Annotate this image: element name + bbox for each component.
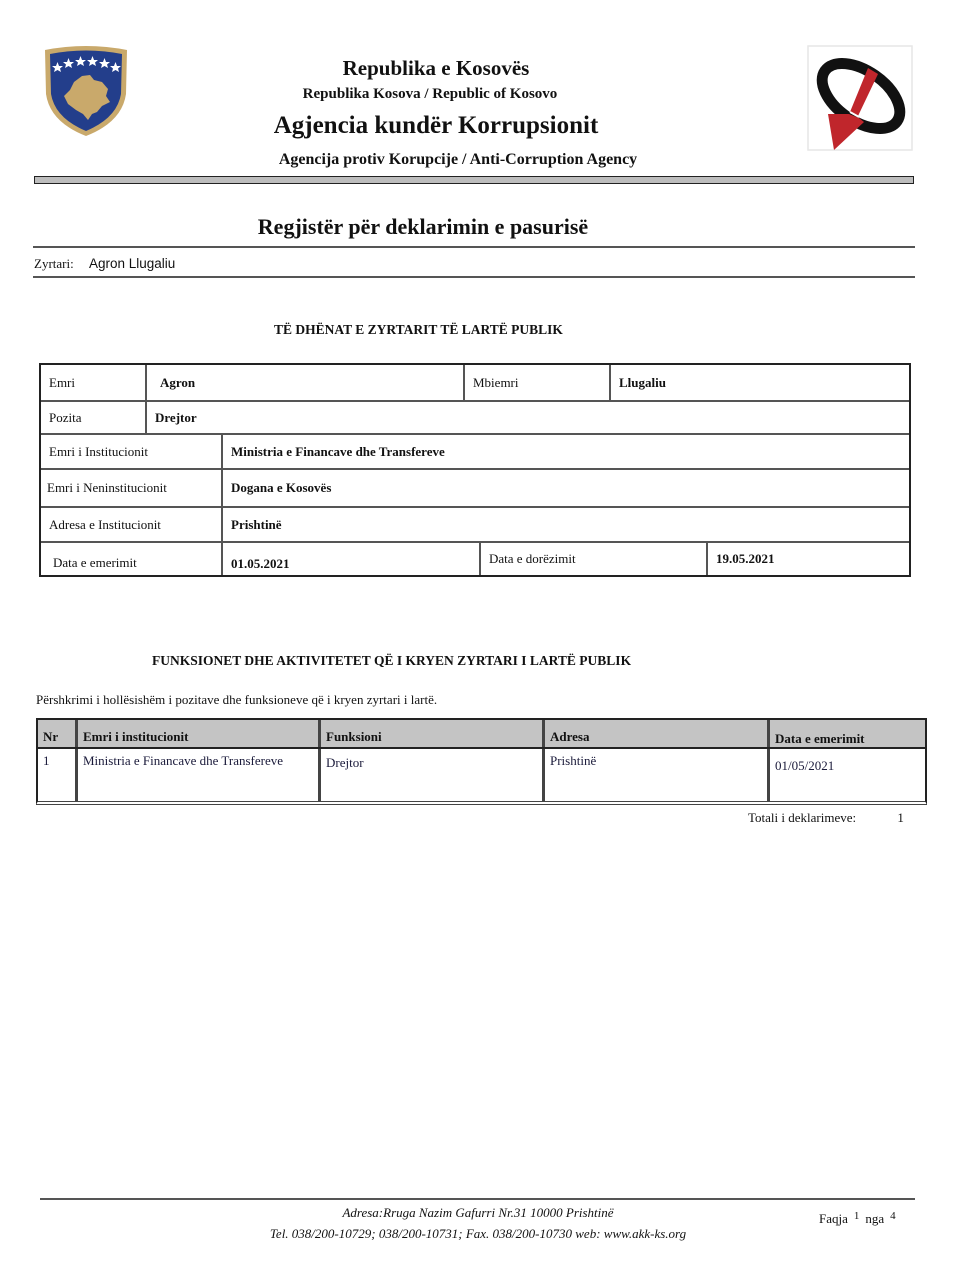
document-title: Regjistër për deklarimin e pasurisë bbox=[0, 214, 846, 240]
col-appointment-date: Data e emerimit bbox=[767, 720, 925, 747]
row-address: Adresa e Institucionit Prishtinë bbox=[41, 506, 909, 541]
header-agency-albanian: Agjencia kundër Korrupsionit bbox=[0, 112, 872, 140]
total-declarations: Totali i deklarimeve: 1 bbox=[748, 810, 904, 826]
official-data-table: Emri Agron Mbiemri Llugaliu Pozita Drejt… bbox=[39, 363, 911, 577]
page-current: 1 bbox=[854, 1210, 860, 1222]
adresa-value: Prishtinë bbox=[221, 508, 909, 541]
page-of-label: nga bbox=[865, 1211, 884, 1226]
neninstitucioni-label: Emri i Neninstitucionit bbox=[41, 470, 221, 506]
functions-table: Nr Emri i institucionit Funksioni Adresa… bbox=[36, 718, 927, 805]
table-row: 1 Ministria e Financave dhe Transfereve … bbox=[38, 749, 925, 801]
col-institution: Emri i institucionit bbox=[75, 720, 318, 747]
total-label: Totali i deklarimeve: bbox=[748, 810, 856, 825]
row-dates: Data e emerimit 01.05.2021 Data e dorëzi… bbox=[41, 541, 909, 575]
institucioni-value: Ministria e Financave dhe Transfereve bbox=[221, 435, 909, 468]
page-total: 4 bbox=[890, 1210, 896, 1222]
footer-divider bbox=[40, 1198, 915, 1200]
pozita-value: Drejtor bbox=[145, 402, 909, 433]
cell-nr: 1 bbox=[38, 749, 75, 801]
row-position: Pozita Drejtor bbox=[41, 400, 909, 433]
header-divider bbox=[34, 176, 914, 184]
cell-appointment-date: 01/05/2021 bbox=[767, 749, 925, 801]
official-label: Zyrtari: bbox=[34, 256, 74, 271]
page-number: Faqja1nga4 bbox=[819, 1210, 902, 1227]
data-dorezimit-label: Data e dorëzimit bbox=[479, 543, 706, 575]
col-nr: Nr bbox=[38, 720, 75, 747]
official-name: Agron Llugaliu bbox=[89, 256, 175, 271]
total-value: 1 bbox=[897, 810, 904, 825]
col-address: Adresa bbox=[542, 720, 767, 747]
cell-institution: Ministria e Financave dhe Transfereve bbox=[75, 749, 318, 801]
data-dorezimit-value: 19.05.2021 bbox=[706, 543, 909, 575]
functions-description: Përshkrimi i hollësishëm i pozitave dhe … bbox=[36, 692, 437, 708]
row-subinstitution: Emri i Neninstitucionit Dogana e Kosovës bbox=[41, 468, 909, 506]
neninstitucioni-value: Dogana e Kosovës bbox=[221, 470, 909, 506]
data-emerimit-label: Data e emerimit bbox=[41, 543, 221, 575]
header-agency-serbian-english: Agencija protiv Korupcije / Anti-Corrupt… bbox=[0, 151, 916, 169]
row-institution: Emri i Institucionit Ministria e Financa… bbox=[41, 433, 909, 468]
functions-table-header: Nr Emri i institucionit Funksioni Adresa… bbox=[38, 720, 925, 749]
col-function: Funksioni bbox=[318, 720, 542, 747]
adresa-label: Adresa e Institucionit bbox=[41, 508, 221, 541]
institucioni-label: Emri i Institucionit bbox=[41, 435, 221, 468]
mbiemri-value: Llugaliu bbox=[609, 365, 909, 400]
footer-contact: Tel. 038/200-10729; 038/200-10731; Fax. … bbox=[0, 1226, 956, 1242]
emri-value: Agron bbox=[145, 365, 463, 400]
official-line: Zyrtari: Agron Llugaliu bbox=[34, 256, 175, 272]
section-official-data-title: TË DHËNAT E ZYRTARIT TË LARTË PUBLIK bbox=[274, 322, 563, 338]
data-emerimit-value: 01.05.2021 bbox=[221, 543, 479, 575]
official-divider bbox=[33, 276, 915, 278]
mbiemri-label: Mbiemri bbox=[463, 365, 609, 400]
row-name: Emri Agron Mbiemri Llugaliu bbox=[41, 365, 909, 400]
title-divider bbox=[33, 246, 915, 248]
pozita-label: Pozita bbox=[41, 402, 145, 433]
footer-address: Adresa:Rruga Nazim Gafurri Nr.31 10000 P… bbox=[0, 1205, 956, 1221]
section-functions-title: FUNKSIONET DHE AKTIVITETET QË I KRYEN ZY… bbox=[152, 653, 631, 669]
emri-label: Emri bbox=[41, 365, 145, 400]
header-republic-serbian-english: Republika Kosova / Republic of Kosovo bbox=[0, 86, 860, 103]
cell-address: Prishtinë bbox=[542, 749, 767, 801]
page-label: Faqja bbox=[819, 1211, 848, 1226]
cell-function: Drejtor bbox=[318, 749, 542, 801]
header-republic-albanian: Republika e Kosovës bbox=[0, 56, 872, 81]
